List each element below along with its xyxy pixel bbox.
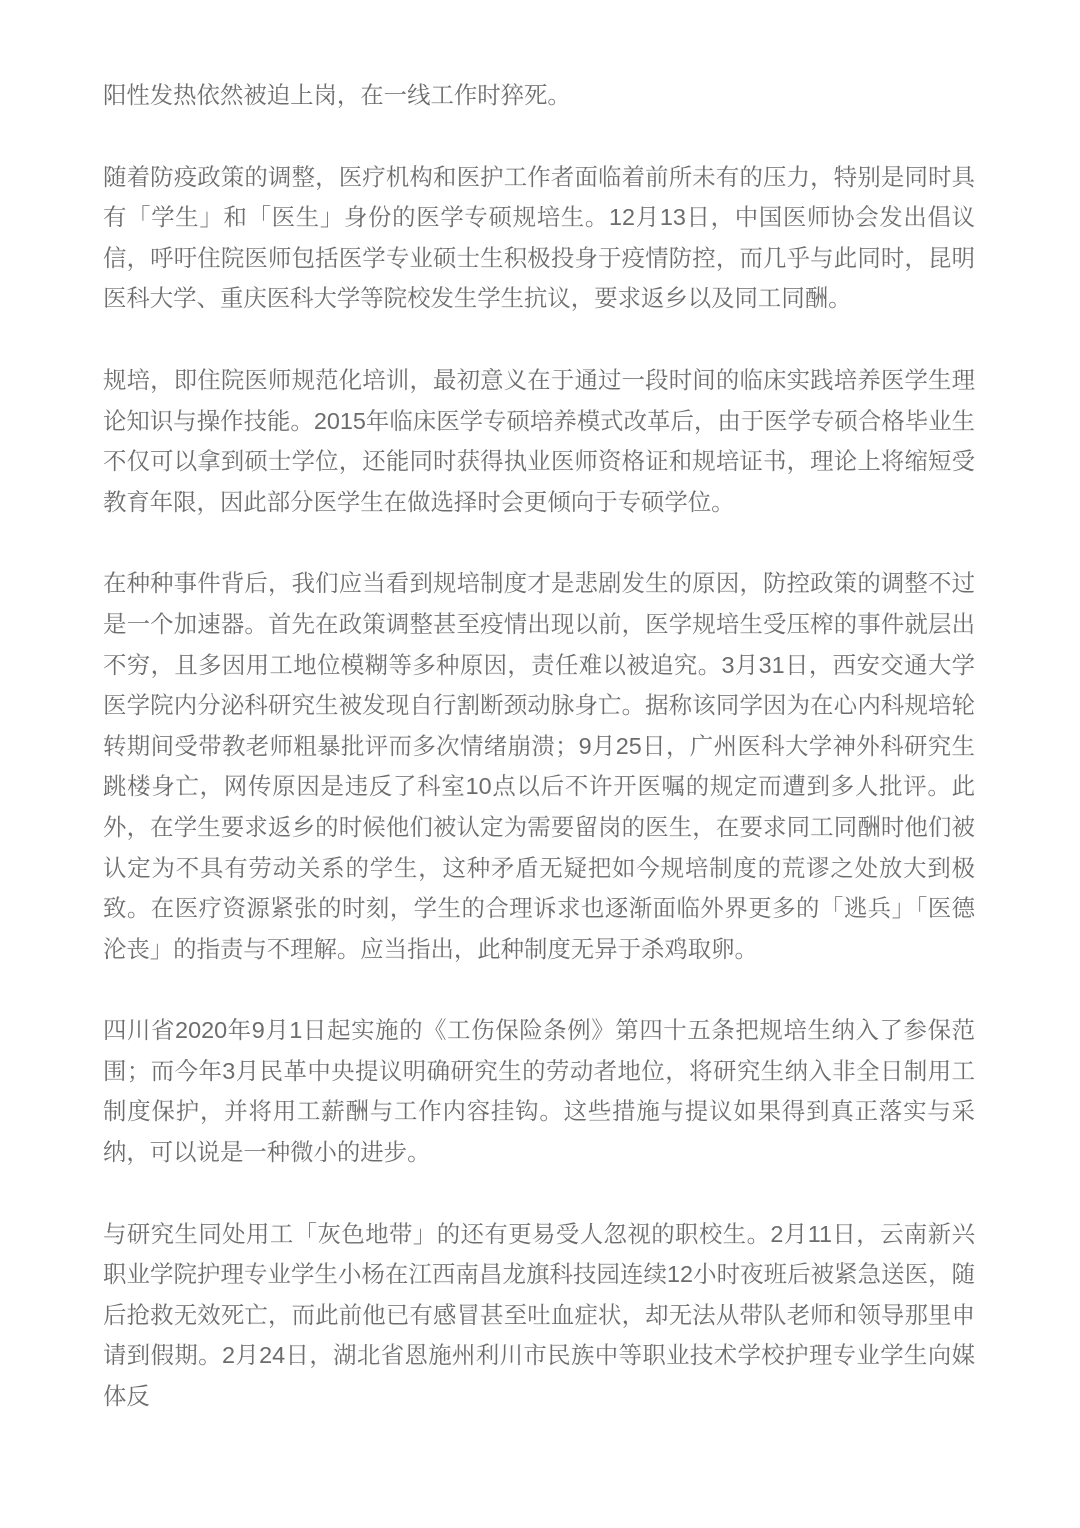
article-paragraph-3: 规培，即住院医师规范化培训，最初意义在于通过一段时间的临床实践培养医学生理论知识…: [103, 360, 975, 522]
article-paragraph-4: 在种种事件背后，我们应当看到规培制度才是悲剧发生的原因，防控政策的调整不过是一个…: [103, 563, 975, 969]
article-paragraph-1: 阳性发热依然被迫上岗，在一线工作时猝死。: [103, 75, 975, 116]
article-paragraph-2: 随着防疫政策的调整，医疗机构和医护工作者面临着前所未有的压力，特别是同时具有「学…: [103, 157, 975, 319]
article-paragraph-5: 四川省2020年9月1日起实施的《工伤保险条例》第四十五条把规培生纳入了参保范围…: [103, 1010, 975, 1172]
article-page: 阳性发热依然被迫上岗，在一线工作时猝死。 随着防疫政策的调整，医疗机构和医护工作…: [0, 0, 1080, 1528]
article-paragraph-6: 与研究生同处用工「灰色地带」的还有更易受人忽视的职校生。2月11日，云南新兴职业…: [103, 1214, 975, 1417]
